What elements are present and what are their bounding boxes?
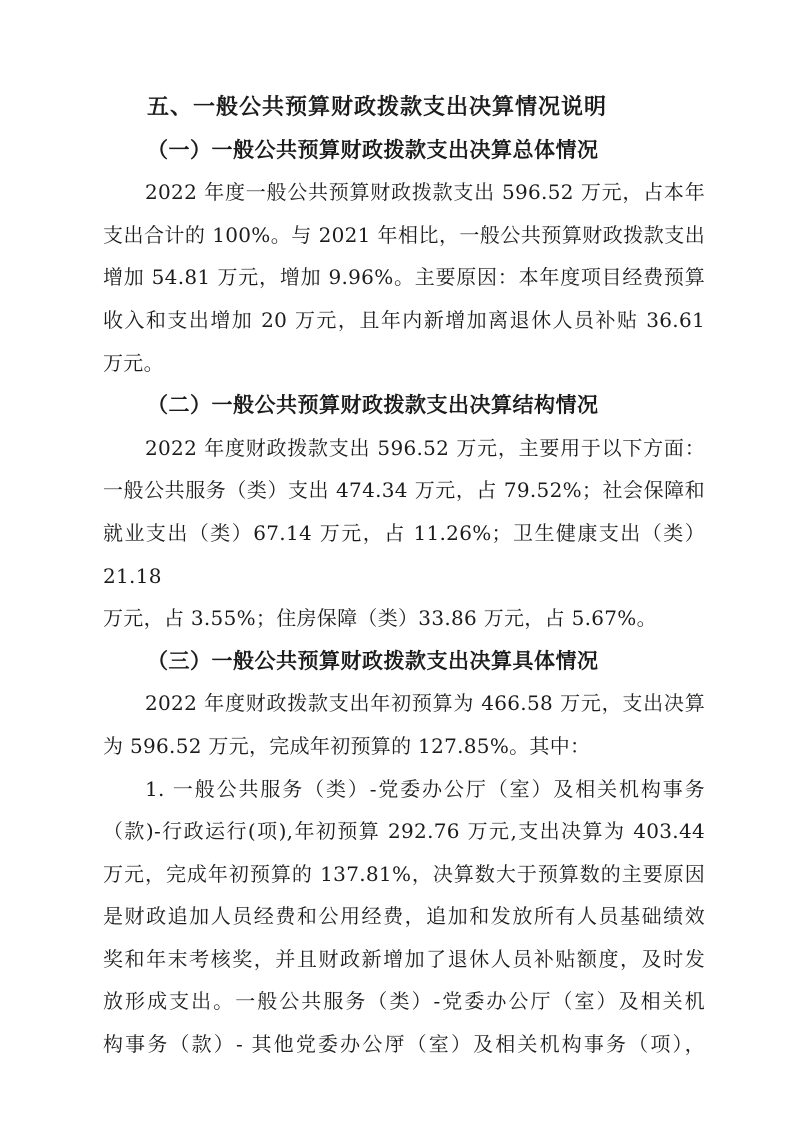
paragraph-line: （款)-行政运行(项),年初预算 292.76 万元,支出决算为 403.44 bbox=[103, 810, 705, 853]
paragraph-line: 就业支出（类）67.14 万元，占 11.26%；卫生健康支出（类）21.18 bbox=[103, 512, 705, 597]
paragraph-line: 为 596.52 万元，完成年初预算的 127.85%。其中： bbox=[103, 725, 705, 768]
paragraph-line: 支出合计的 100%。与 2021 年相比，一般公共预算财政拨款支出 bbox=[103, 214, 705, 257]
paragraph-line: 1. 一般公共服务（类）-党委办公厅（室）及相关机构事务 bbox=[103, 768, 705, 811]
document-page: 五、一般公共预算财政拨款支出决算情况说明 （一）一般公共预算财政拨款支出决算总体… bbox=[0, 0, 794, 1123]
section-3-heading: （三）一般公共预算财政拨款支出决算具体情况 bbox=[103, 640, 705, 683]
paragraph-line: 奖和年末考核奖，并且财政新增加了退休人员补贴额度，及时发 bbox=[103, 938, 705, 981]
document-title: 五、一般公共预算财政拨款支出决算情况说明 bbox=[103, 86, 705, 129]
paragraph-line: 增加 54.81 万元，增加 9.96%。主要原因：本年度项目经费预算 bbox=[103, 256, 705, 299]
paragraph-line: 2022 年度财政拨款支出年初预算为 466.58 万元，支出决算 bbox=[103, 682, 705, 725]
section-2-heading: （二）一般公共预算财政拨款支出决算结构情况 bbox=[103, 384, 705, 427]
paragraph-line: 万元，占 3.55%；住房保障（类）33.86 万元，占 5.67%。 bbox=[103, 597, 705, 640]
section-1-heading: （一）一般公共预算财政拨款支出决算总体情况 bbox=[103, 129, 705, 172]
paragraph-line: 收入和支出增加 20 万元，且年内新增加离退休人员补贴 36.61 bbox=[103, 299, 705, 342]
paragraph-line: 是财政追加人员经费和公用经费，追加和发放所有人员基础绩效 bbox=[103, 895, 705, 938]
paragraph-line: 一般公共服务（类）支出 474.34 万元，占 79.52%；社会保障和 bbox=[103, 469, 705, 512]
paragraph-line: 2022 年度一般公共预算财政拨款支出 596.52 万元，占本年 bbox=[103, 171, 705, 214]
paragraph-line: 万元，完成年初预算的 137.81%，决算数大于预算数的主要原因 bbox=[103, 853, 705, 896]
paragraph-line: 万元。 bbox=[103, 342, 705, 385]
paragraph-line: 放形成支出。一般公共服务（类）-党委办公厅（室）及相关机 bbox=[103, 980, 705, 1023]
document-content: 五、一般公共预算财政拨款支出决算情况说明 （一）一般公共预算财政拨款支出决算总体… bbox=[103, 86, 705, 1066]
paragraph-line: 2022 年度财政拨款支出 596.52 万元，主要用于以下方面： bbox=[103, 427, 705, 470]
page-number: 21 bbox=[0, 1032, 794, 1052]
